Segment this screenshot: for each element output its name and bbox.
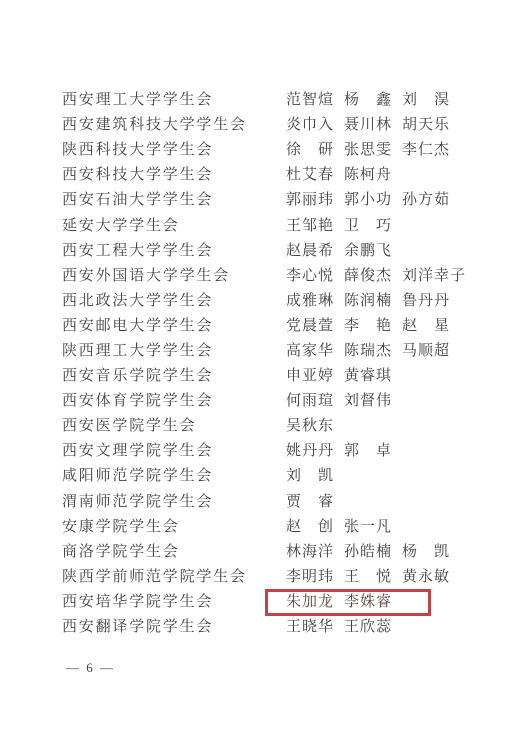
org-name: 西安外国语大学学生会	[62, 267, 286, 286]
names-group: 赵 创张一凡	[286, 518, 402, 537]
member-name: 鲁丹丹	[402, 292, 450, 311]
org-name: 西安石油大学学生会	[62, 191, 286, 210]
member-name: 黄睿琪	[344, 367, 392, 386]
names-group: 范智煊杨 鑫刘 淏	[286, 91, 460, 110]
document-page: 西安理工大学学生会 范智煊杨 鑫刘 淏 西安建筑科技大学学生会 炎巾入聂川林胡天…	[0, 0, 529, 744]
member-name: 徐 研	[286, 141, 334, 160]
member-name: 陈润楠	[344, 292, 392, 311]
table-row: 西安邮电大学学生会 党晨萱李 艳赵 星	[62, 314, 529, 339]
member-name: 范智煊	[286, 91, 334, 110]
org-name: 商洛学院学生会	[62, 543, 286, 562]
table-row: 西安建筑科技大学学生会 炎巾入聂川林胡天乐	[62, 113, 529, 138]
member-name: 赵 创	[286, 518, 334, 537]
member-name: 赵 星	[402, 317, 450, 336]
table-row: 西安体育学院学生会 何雨瑄刘督伟	[62, 389, 529, 414]
table-row: 延安大学学生会 王邹艳卫 巧	[62, 213, 529, 238]
member-name: 杨 凯	[402, 543, 450, 562]
table-row: 西安外国语大学学生会 李心悦薛俊杰刘洋幸子	[62, 264, 529, 289]
names-group: 吴秋东	[286, 417, 344, 436]
member-name: 孙皓楠	[344, 543, 392, 562]
names-group: 杜艾春陈柯舟	[286, 166, 402, 185]
names-group: 王邹艳卫 巧	[286, 217, 402, 236]
member-name: 林海洋	[286, 543, 334, 562]
org-name: 安康学院学生会	[62, 518, 286, 537]
org-name: 西安音乐学院学生会	[62, 367, 286, 386]
member-name: 刘 凯	[286, 467, 334, 486]
names-group: 贾 睿	[286, 493, 344, 512]
member-name: 朱加龙	[286, 593, 334, 612]
table-row: 西安石油大学学生会 郭丽玮郭小功孙方茹	[62, 188, 529, 213]
names-group: 姚丹丹郭 卓	[286, 442, 402, 461]
member-name: 马顺超	[402, 342, 450, 361]
member-name: 孙方茹	[402, 191, 450, 210]
member-name: 李姝睿	[344, 593, 392, 612]
table-row: 渭南师范学院学生会 贾 睿	[62, 490, 529, 515]
member-name: 王邹艳	[286, 217, 334, 236]
table-row: 西北政法大学学生会 成雅琳陈润楠鲁丹丹	[62, 289, 529, 314]
table-row: 西安音乐学院学生会 申亚婷黄睿琪	[62, 364, 529, 389]
org-name: 西安体育学院学生会	[62, 392, 286, 411]
member-name: 李心悦	[286, 267, 334, 286]
table-row: 西安文理学院学生会 姚丹丹郭 卓	[62, 439, 529, 464]
roster-list: 西安理工大学学生会 范智煊杨 鑫刘 淏 西安建筑科技大学学生会 炎巾入聂川林胡天…	[62, 88, 529, 640]
names-group: 何雨瑄刘督伟	[286, 392, 402, 411]
highlight-box: 朱加龙李姝睿	[265, 589, 431, 616]
member-name: 刘 淏	[402, 91, 450, 110]
org-name: 渭南师范学院学生会	[62, 493, 286, 512]
member-name: 陈瑞杰	[344, 342, 392, 361]
table-row: 西安翻译学院学生会 王晓华王欣蕊	[62, 615, 529, 640]
names-group: 高家华陈瑞杰马顺超	[286, 342, 460, 361]
org-name: 西安科技大学学生会	[62, 166, 286, 185]
member-name: 刘督伟	[344, 392, 392, 411]
names-group: 郭丽玮郭小功孙方茹	[286, 191, 460, 210]
table-row: 西安医学院学生会 吴秋东	[62, 414, 529, 439]
member-name: 陈柯舟	[344, 166, 392, 185]
member-name: 王欣蕊	[344, 618, 392, 637]
org-name: 陕西学前师范学院学生会	[62, 568, 286, 587]
member-name: 李仁杰	[402, 141, 450, 160]
table-row: 陕西理工大学学生会 高家华陈瑞杰马顺超	[62, 339, 529, 364]
org-name: 西安培华学院学生会	[62, 593, 286, 612]
member-name: 卫 巧	[344, 217, 392, 236]
table-row: 安康学院学生会 赵 创张一凡	[62, 515, 529, 540]
org-name: 西安文理学院学生会	[62, 442, 286, 461]
member-name: 胡天乐	[402, 116, 450, 135]
member-name: 吴秋东	[286, 417, 334, 436]
member-name: 李明玮	[286, 568, 334, 587]
org-name: 陕西理工大学学生会	[62, 342, 286, 361]
names-group: 赵晨希余鹏飞	[286, 242, 402, 261]
names-group: 李明玮王 悦黄永敏	[286, 568, 460, 587]
names-group: 林海洋孙皓楠杨 凯	[286, 543, 460, 562]
member-name: 何雨瑄	[286, 392, 334, 411]
org-name: 西安邮电大学学生会	[62, 317, 286, 336]
org-name: 西北政法大学学生会	[62, 292, 286, 311]
member-name: 炎巾入	[286, 116, 334, 135]
page-number: — 6 —	[66, 660, 115, 676]
org-name: 陕西科技大学学生会	[62, 141, 286, 160]
member-name: 赵晨希	[286, 242, 334, 261]
names-group: 党晨萱李 艳赵 星	[286, 317, 460, 336]
member-name: 余鹏飞	[344, 242, 392, 261]
member-name: 杨 鑫	[344, 91, 392, 110]
member-name: 聂川林	[344, 116, 392, 135]
org-name: 西安工程大学学生会	[62, 242, 286, 261]
names-group: 申亚婷黄睿琪	[286, 367, 402, 386]
org-name: 咸阳师范学院学生会	[62, 467, 286, 486]
org-name: 延安大学学生会	[62, 217, 286, 236]
member-name: 高家华	[286, 342, 334, 361]
member-name: 王晓华	[286, 618, 334, 637]
member-name: 刘洋幸子	[402, 267, 466, 286]
org-name: 西安翻译学院学生会	[62, 618, 286, 637]
member-name: 成雅琳	[286, 292, 334, 311]
org-name: 西安医学院学生会	[62, 417, 286, 436]
names-group: 刘 凯	[286, 467, 344, 486]
member-name: 申亚婷	[286, 367, 334, 386]
member-name: 姚丹丹	[286, 442, 334, 461]
org-name: 西安理工大学学生会	[62, 91, 286, 110]
table-row: 西安工程大学学生会 赵晨希余鹏飞	[62, 239, 529, 264]
member-name: 郭小功	[344, 191, 392, 210]
names-group: 成雅琳陈润楠鲁丹丹	[286, 292, 460, 311]
table-row: 咸阳师范学院学生会 刘 凯	[62, 464, 529, 489]
member-name: 杜艾春	[286, 166, 334, 185]
member-name: 党晨萱	[286, 317, 334, 336]
names-group: 炎巾入聂川林胡天乐	[286, 116, 460, 135]
member-name: 贾 睿	[286, 493, 334, 512]
member-name: 郭 卓	[344, 442, 392, 461]
org-name: 西安建筑科技大学学生会	[62, 116, 286, 135]
names-group: 李心悦薛俊杰刘洋幸子	[286, 267, 476, 286]
names-group: 王晓华王欣蕊	[286, 618, 402, 637]
table-row: 陕西科技大学学生会 徐 研张思雯李仁杰	[62, 138, 529, 163]
member-name: 李 艳	[344, 317, 392, 336]
table-row: 陕西学前师范学院学生会 李明玮王 悦黄永敏	[62, 565, 529, 590]
table-row: 西安科技大学学生会 杜艾春陈柯舟	[62, 163, 529, 188]
member-name: 张思雯	[344, 141, 392, 160]
table-row: 西安培华学院学生会 朱加龙李姝睿	[62, 590, 529, 615]
member-name: 王 悦	[344, 568, 392, 587]
table-row: 商洛学院学生会 林海洋孙皓楠杨 凯	[62, 540, 529, 565]
member-name: 张一凡	[344, 518, 392, 537]
member-name: 郭丽玮	[286, 191, 334, 210]
table-row: 西安理工大学学生会 范智煊杨 鑫刘 淏	[62, 88, 529, 113]
member-name: 黄永敏	[402, 568, 450, 587]
names-group: 徐 研张思雯李仁杰	[286, 141, 460, 160]
member-name: 薛俊杰	[344, 267, 392, 286]
